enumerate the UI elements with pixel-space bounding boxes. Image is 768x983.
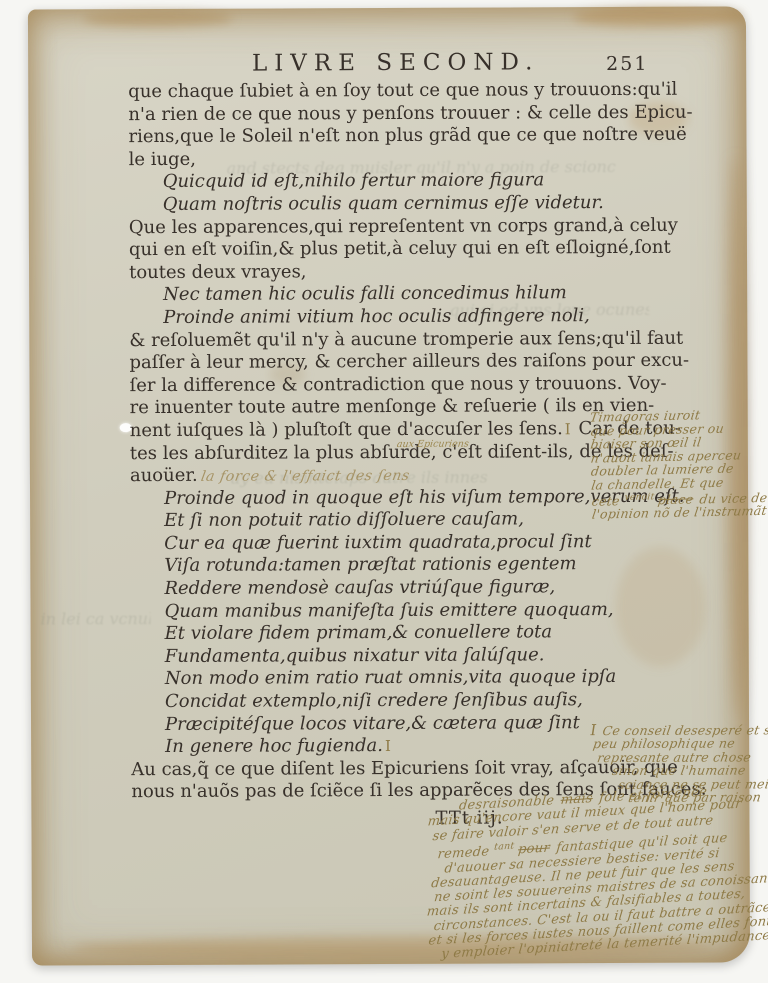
printed-line: Viſa rotunda:tamen præſtat rationis egen… [164,553,678,578]
printed-line: n'a rien de ce que nous y penſons trouue… [128,101,676,126]
printed-line: Cur ea quæ fuerint iuxtim quadrata,procu… [164,531,678,556]
printed-line: riens,que le Soleil n'eſt non plus grãd … [128,124,676,149]
show-through-container: and stects deg muisler qu'il n'y a poin … [28,6,746,9]
printed-line: paſſer à leur mercy, & cercher ailleurs … [129,350,677,375]
interlinear-annotation: aux Epicuriens [396,439,469,450]
handwritten-line: l'opinion nõ de l'instrumãt [591,504,768,521]
printed-line: qui en eſt voiſin,& plus petit,à celuy q… [129,237,677,262]
printed-line: Reddere mendosè cauſas vtriúſque figuræ, [164,576,678,601]
book-page: and stects deg muisler qu'il n'y a poin … [28,6,750,965]
running-title: LIVRE SECOND. [128,49,663,77]
printed-line: & reſoluemẽt qu'il n'y à aucune tromperi… [129,327,677,352]
printed-line: Concidat extemplo,niſi credere ſenſibus … [165,689,679,714]
printed-line: Non modo enim ratio ruat omnis,vita quoq… [165,666,679,691]
printed-line: Que les apparences,qui repreſentent vn c… [129,214,677,239]
printed-line: Quam noſtris oculis quam cernimus eſſe v… [163,192,677,217]
printed-line: le iuge, [129,147,677,172]
page-number: 251 [606,53,648,75]
printed-line: ſer la difference & contradiction que no… [130,372,678,397]
foxing-stain [83,11,233,28]
printed-line: Fundamenta,quibus nixatur vita ſalúſque. [165,644,679,669]
insertion-mark: I [565,420,571,438]
printed-line: toutes deux vrayes, [129,259,677,284]
printed-line: que chaque ſubiet à en ſoy tout ce que n… [128,79,676,104]
printed-line: Proinde animi vitium hoc oculis adfinger… [163,305,677,330]
printed-line: Quicquid id eſt,nihilo fertur maiore fig… [163,169,677,194]
photo-background: and stects deg muisler qu'il n'y a poin … [0,0,768,983]
insertion-mark: I [385,737,391,755]
margin-note-timagoras: Timagoras iuroitque pour presser oubiais… [589,407,767,522]
foxing-stain [573,6,743,27]
printed-line: Et violare fidem primam,& conuellere tot… [165,621,679,646]
printed-line: Nec tamen hic oculis falli concedimus hi… [163,282,677,307]
printed-line: Quam manibus manifeſta ſuis emittere quo… [164,598,678,623]
bottom-handwritten-block: desraisonable mais fole et forcenéemais … [419,782,768,964]
